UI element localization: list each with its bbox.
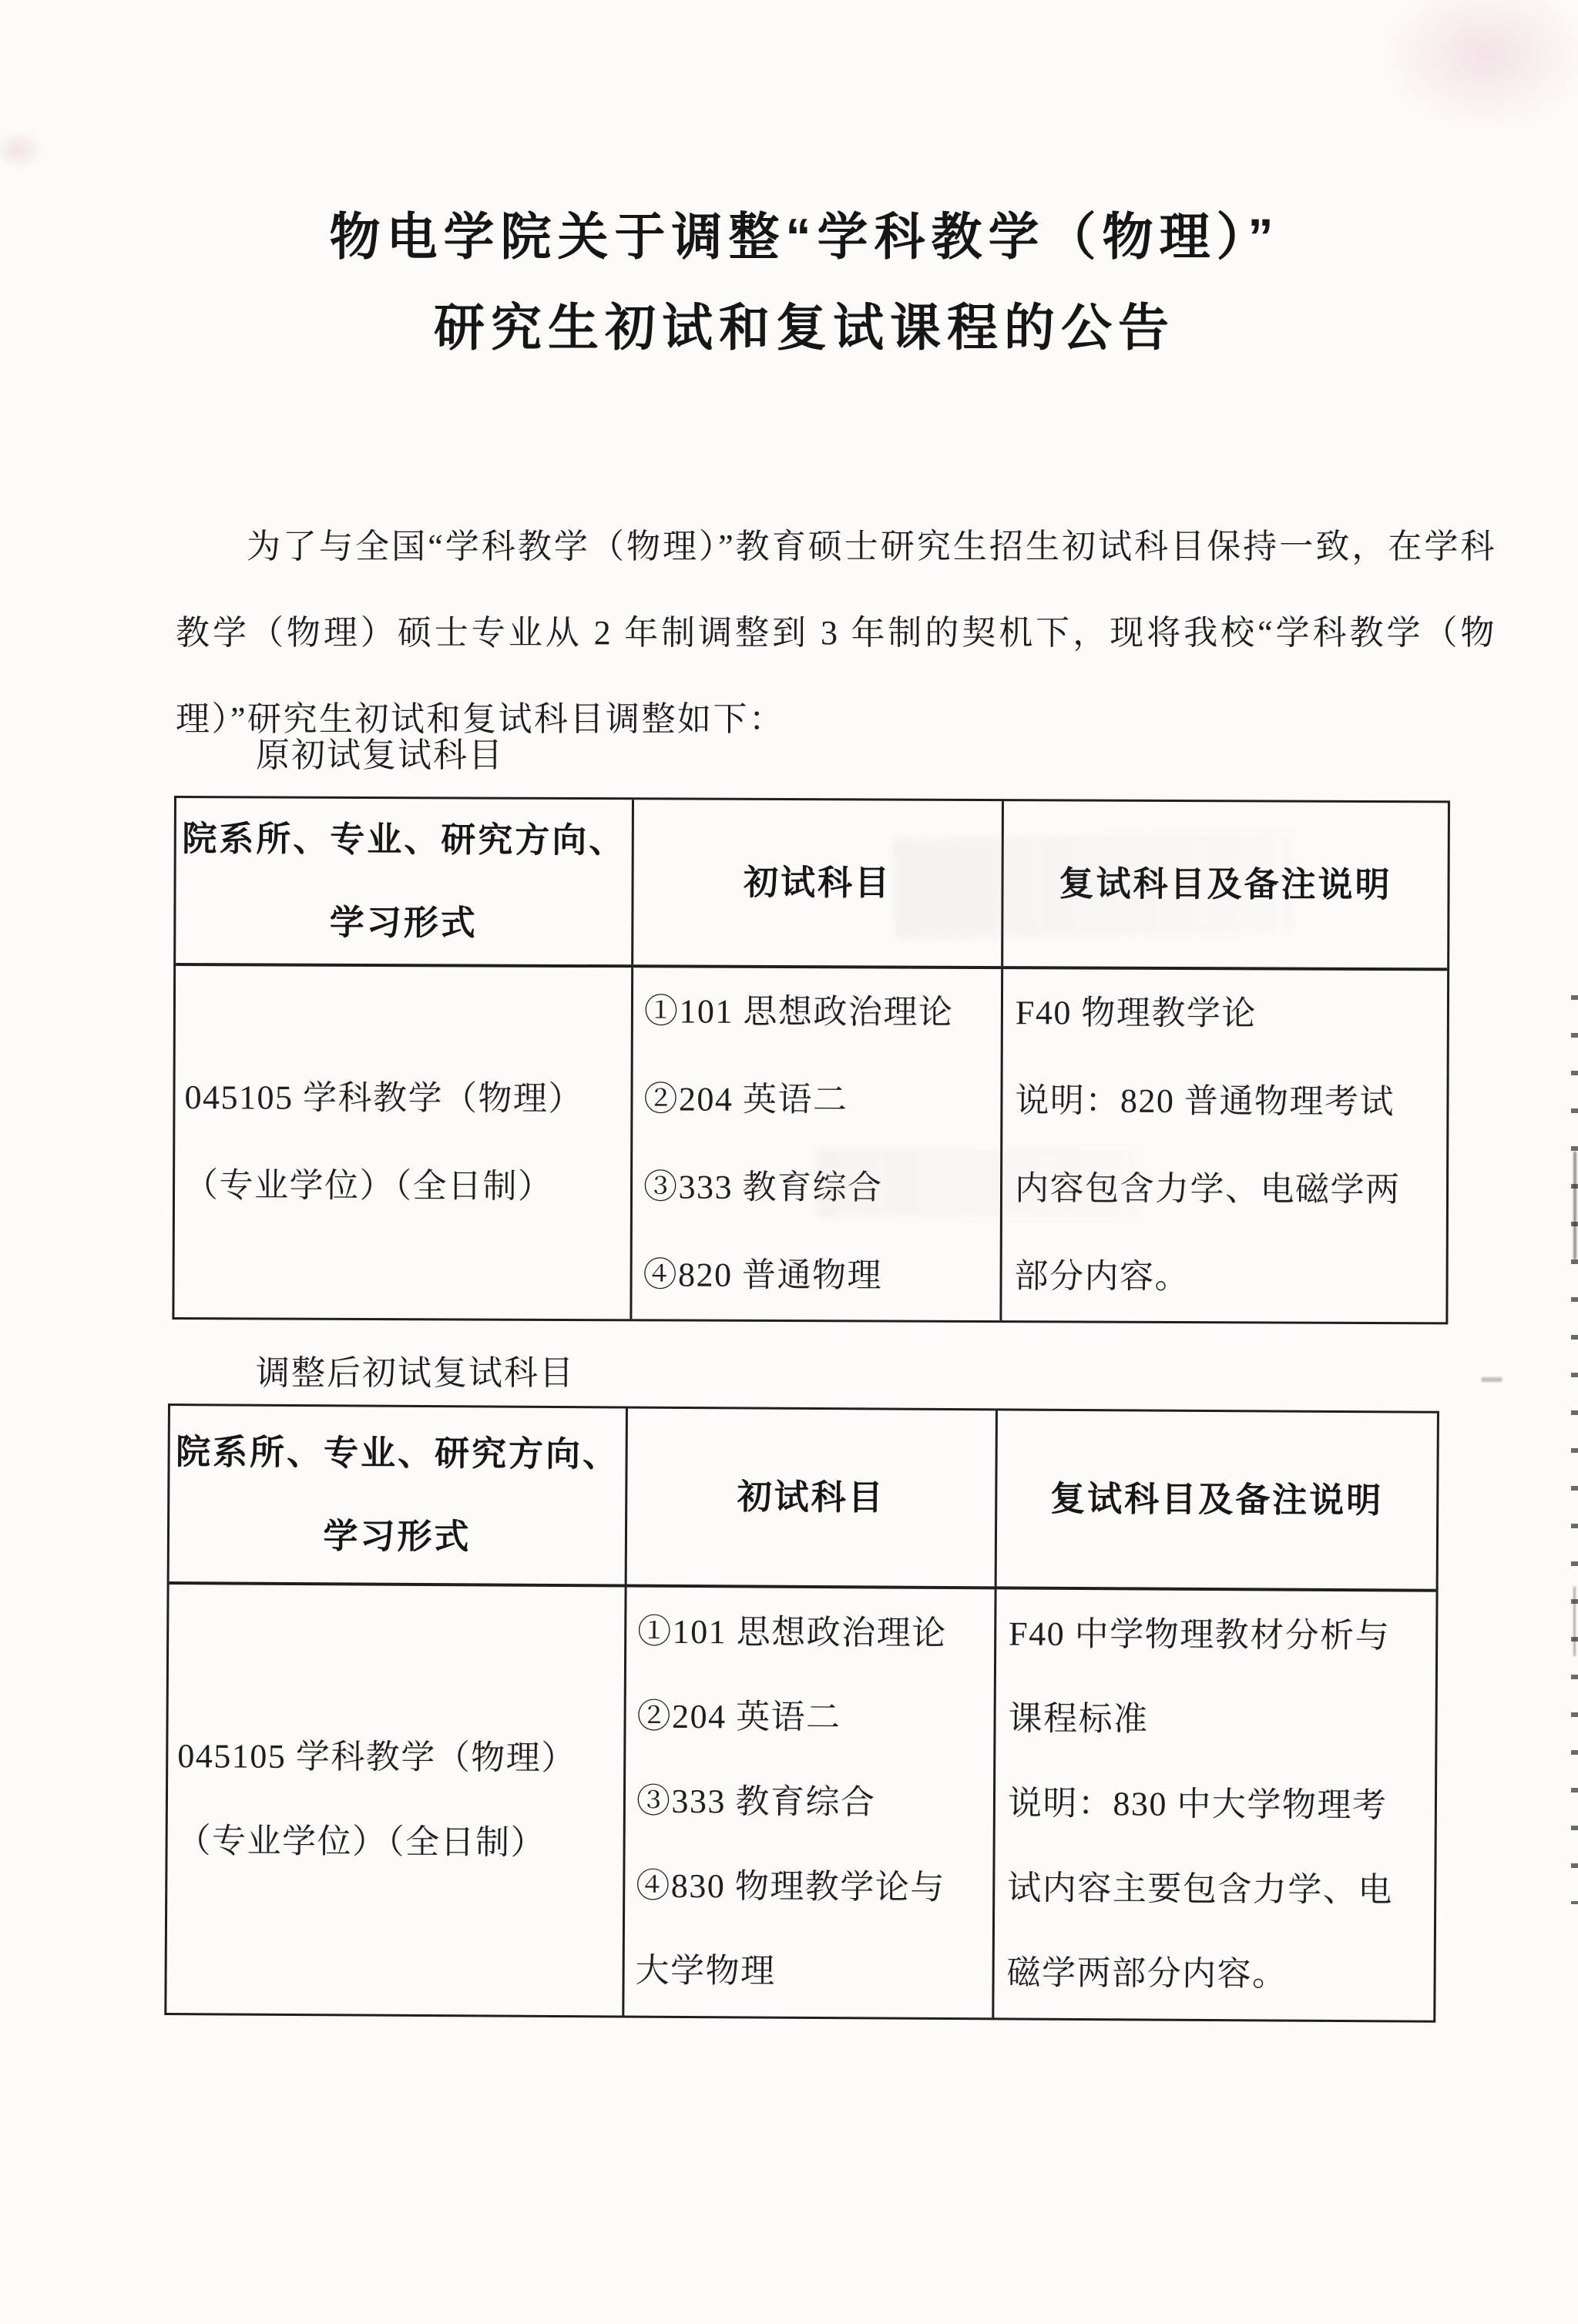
header-line: 初试科目 [744, 841, 891, 925]
cell-line: 045105 学科教学（物理） [184, 1054, 630, 1143]
cell-line: 说明：830 中大学物理考 [1008, 1761, 1435, 1848]
cell-line: （专业学位）（全日制） [176, 1799, 623, 1886]
cell-line: ①101 思想政治理论 [637, 1590, 995, 1677]
scan-artifact [1573, 1587, 1576, 1656]
cell-line: 045105 学科教学（物理） [177, 1714, 624, 1801]
cell-initial-exam: ①101 思想政治理论 ②204 英语二 ③333 教育综合 ④830 物理教学… [624, 1588, 996, 2018]
cell-line: ④830 物理教学论与 [636, 1844, 993, 1931]
cell-program: 045105 学科教学（物理） （专业学位）（全日制） [174, 966, 633, 1319]
cell-retest-remark: F40 物理教学论 说明：820 普通物理考试 内容包含力学、电磁学两 部分内容… [1002, 969, 1447, 1322]
cell-line: ③333 教育综合 [636, 1759, 994, 1846]
cell-line: F40 物理教学论 [1016, 969, 1447, 1058]
cell-line: ③333 教育综合 [643, 1143, 1000, 1232]
section-label-original-subjects: 原初试复试科目 [256, 727, 504, 776]
cell-line: ②204 英语二 [636, 1675, 994, 1762]
scan-artifact [1339, 0, 1578, 162]
cell-line: 说明：820 普通物理考试 [1015, 1057, 1446, 1146]
table-data-row: 045105 学科教学（物理） （专业学位）（全日制） ①101 思想政治理论 … [166, 1585, 1435, 2021]
header-line: 院系所、专业、研究方向、 [182, 798, 626, 882]
page-title-line-2: 研究生初试和复试课程的公告 [31, 282, 1578, 373]
cell-line: 磁学两部分内容。 [1006, 1930, 1434, 2017]
original-subjects-table: 院系所、专业、研究方向、 学习形式 初试科目 复试科目及备注说明 045105 … [172, 796, 1450, 1324]
table-data-row: 045105 学科教学（物理） （专业学位）（全日制） ①101 思想政治理论 … [174, 966, 1447, 1322]
header-line: 复试科目及备注说明 [1059, 842, 1392, 927]
page-title: 物电学院关于调整“学科教学（物理）” 研究生初试和复试课程的公告 [31, 191, 1578, 373]
document-page: 物电学院关于调整“学科教学（物理）” 研究生初试和复试课程的公告 为了与全国“学… [0, 0, 1578, 2324]
intro-paragraph: 为了与全国“学科教学（物理）”教育硕士研究生招生初试科目保持一致，在学科教学（物… [176, 504, 1496, 763]
cell-line: 部分内容。 [1014, 1232, 1445, 1322]
scan-artifact [1571, 995, 1578, 1904]
section-label-adjusted-subjects: 调整后初试复试科目 [256, 1345, 575, 1394]
cell-initial-exam: ①101 思想政治理论 ②204 英语二 ③333 教育综合 ④820 普通物理 [632, 967, 1003, 1320]
cell-line: 大学物理 [635, 1929, 992, 2016]
table-header-row: 院系所、专业、研究方向、 学习形式 初试科目 复试科目及备注说明 [170, 1406, 1437, 1592]
cell-line: ①101 思想政治理论 [644, 967, 1001, 1057]
cell-program: 045105 学科教学（物理） （专业学位）（全日制） [166, 1585, 626, 2016]
table-header-row: 院系所、专业、研究方向、 学习形式 初试科目 复试科目及备注说明 [176, 798, 1448, 971]
header-line: 初试科目 [737, 1455, 885, 1539]
header-cell-program: 院系所、专业、研究方向、 学习形式 [170, 1406, 628, 1585]
header-cell-initial-exam: 初试科目 [633, 800, 1004, 966]
header-line: 复试科目及备注说明 [1050, 1457, 1384, 1543]
page-title-line-1: 物电学院关于调整“学科教学（物理）” [31, 191, 1578, 282]
cell-line: ②204 英语二 [643, 1055, 1000, 1145]
header-line: 院系所、专业、研究方向、 [176, 1410, 620, 1496]
cell-line: （专业学位）（全日制） [184, 1142, 630, 1231]
scan-artifact [1481, 1377, 1502, 1382]
header-cell-program: 院系所、专业、研究方向、 学习形式 [176, 798, 634, 964]
header-cell-retest-remark: 复试科目及备注说明 [997, 1410, 1437, 1588]
cell-line: ④820 普通物理 [643, 1231, 999, 1320]
adjusted-subjects-table: 院系所、专业、研究方向、 学习形式 初试科目 复试科目及备注说明 045105 … [164, 1403, 1439, 2023]
header-line: 学习形式 [330, 881, 478, 965]
cell-line: F40 中学物理教材分析与 [1009, 1591, 1436, 1678]
cell-line: 试内容主要包含力学、电 [1007, 1846, 1435, 1933]
header-line: 学习形式 [323, 1494, 472, 1578]
scan-artifact [0, 122, 55, 179]
header-cell-initial-exam: 初试科目 [627, 1409, 998, 1587]
cell-line: 内容包含力学、电磁学两 [1015, 1145, 1446, 1234]
cell-retest-remark: F40 中学物理教材分析与 课程标准 说明：830 中大学物理考 试内容主要包含… [994, 1589, 1435, 2020]
cell-line: 课程标准 [1008, 1676, 1435, 1763]
scan-artifact [1573, 1152, 1576, 1259]
header-cell-retest-remark: 复试科目及备注说明 [1003, 801, 1448, 967]
